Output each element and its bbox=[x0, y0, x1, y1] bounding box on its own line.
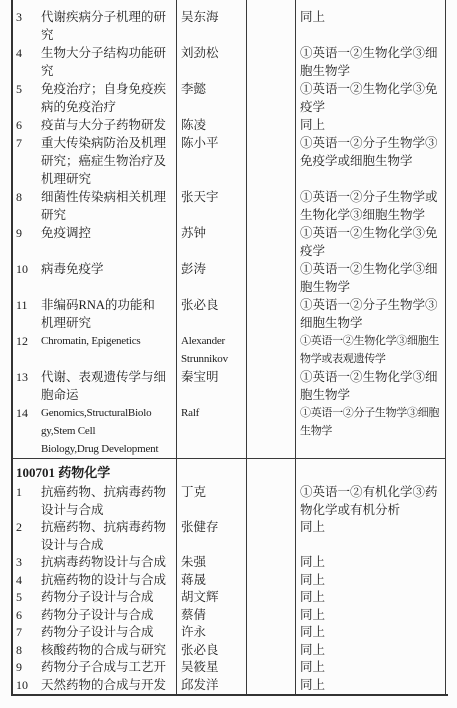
section-header-row: 100701 药物化学 bbox=[13, 458, 448, 484]
empty-cell bbox=[247, 44, 296, 80]
empty-cell bbox=[247, 404, 296, 458]
direction-cell: 4抗癌药物的设计与合成 bbox=[13, 572, 177, 590]
research-direction: 抗癌药物的设计与合成 bbox=[41, 572, 176, 590]
research-direction: Genomics,StructuralBiolo gy,Stem Cell Bi… bbox=[41, 404, 176, 458]
research-direction: 药物分子设计与合成 bbox=[41, 589, 176, 607]
empty-cell bbox=[247, 624, 296, 642]
exam-subjects: 同上 bbox=[300, 659, 445, 677]
empty-cell bbox=[247, 607, 296, 625]
supervisor-cell: 胡文辉 bbox=[177, 589, 247, 607]
supervisor-cell: 许永 bbox=[177, 624, 247, 642]
direction-cell: 10病毒免疫学 bbox=[13, 260, 177, 296]
supervisor-name: 李懿 bbox=[181, 80, 246, 98]
research-direction: 天然药物的合成与开发 bbox=[41, 677, 176, 695]
empty-cell bbox=[247, 519, 296, 554]
table-row: 9免疫调控苏钟①英语一②生物化学③免 疫学 bbox=[13, 224, 448, 260]
supervisor-cell: 蔡倩 bbox=[177, 607, 247, 625]
direction-cell: 13代谢、表观遗传学与细 胞命运 bbox=[13, 368, 177, 404]
exam-subjects-cell: 同上 bbox=[296, 624, 446, 642]
direction-cell: 14Genomics,StructuralBiolo gy,Stem Cell … bbox=[13, 404, 177, 458]
supervisor-name: 苏钟 bbox=[181, 224, 246, 242]
row-number: 14 bbox=[13, 404, 41, 458]
exam-subjects-cell: ①英语一②生物化学③免 疫学 bbox=[296, 80, 446, 116]
row-number: 3 bbox=[13, 554, 41, 572]
exam-subjects: 同上 bbox=[300, 8, 445, 26]
exam-subjects: 同上 bbox=[300, 589, 445, 607]
table-row: 8细菌性传染病相关机理 研究张天宇①英语一②分子生物学或 生物化学③细胞生物学 bbox=[13, 188, 448, 224]
supervisor-name: 刘劲松 bbox=[181, 44, 246, 62]
empty-cell bbox=[247, 80, 296, 116]
research-direction: 非编码RNA的功能和 机理研究 bbox=[41, 296, 176, 332]
research-direction: 免疫调控 bbox=[41, 224, 176, 260]
exam-subjects: ①英语一②生物化学③细胞生 物学或表观遗传学 bbox=[300, 332, 445, 368]
row-number: 7 bbox=[13, 624, 41, 642]
empty-cell bbox=[247, 134, 296, 188]
supervisor-name: 丁克 bbox=[181, 484, 246, 502]
supervisor-name: 朱强 bbox=[181, 554, 246, 572]
admissions-catalog-table: 3代谢疾病分子机理的研 究吴东海同上4生物大分子结构功能研 究刘劲松①英语一②生… bbox=[11, 0, 448, 696]
row-number: 9 bbox=[13, 224, 41, 260]
exam-subjects-cell: 同上 bbox=[296, 607, 446, 625]
supervisor-cell: 陈小平 bbox=[177, 134, 247, 188]
supervisor-cell: 蒋晟 bbox=[177, 572, 247, 590]
table-row: 7药物分子设计与合成许永同上 bbox=[13, 624, 448, 642]
supervisor-cell: 张必良 bbox=[177, 642, 247, 660]
row-number: 13 bbox=[13, 368, 41, 404]
exam-subjects: ①英语一②生物化学③免 疫学 bbox=[300, 80, 445, 116]
table-row: 14Genomics,StructuralBiolo gy,Stem Cell … bbox=[13, 404, 448, 458]
exam-subjects-cell: 同上 bbox=[296, 116, 446, 134]
research-direction: 抗病毒药物设计与合成 bbox=[41, 554, 176, 572]
exam-subjects-cell: 同上 bbox=[296, 642, 446, 660]
exam-subjects-cell: ①英语一②有机化学③药 物化学或有机分析 bbox=[296, 484, 446, 519]
research-direction: 细菌性传染病相关机理 研究 bbox=[41, 188, 176, 224]
row-number: 4 bbox=[13, 572, 41, 590]
exam-subjects-cell: ①英语一②分子生物学③ 免疫学或细胞生物学 bbox=[296, 134, 446, 188]
row-number: 7 bbox=[13, 134, 41, 188]
research-direction: 核酸药物的合成与研究 bbox=[41, 642, 176, 660]
supervisor-cell: 张健存 bbox=[177, 519, 247, 554]
row-number: 8 bbox=[13, 188, 41, 224]
empty-cell bbox=[247, 296, 296, 332]
empty-cell bbox=[247, 589, 296, 607]
document-page: 3代谢疾病分子机理的研 究吴东海同上4生物大分子结构功能研 究刘劲松①英语一②生… bbox=[0, 0, 457, 708]
exam-subjects-cell: ①英语一②分子生物学③ 细胞生物学 bbox=[296, 296, 446, 332]
exam-subjects: ①英语一②分子生物学③ 细胞生物学 bbox=[300, 296, 445, 332]
direction-cell: 7重大传染病防治及机理 研究；癌症生物治疗及 机理研究 bbox=[13, 134, 177, 188]
table-row: 13代谢、表观遗传学与细 胞命运秦宝明①英语一②生物化学③细 胞生物学 bbox=[13, 368, 448, 404]
empty-cell bbox=[247, 368, 296, 404]
supervisor-name: 张必良 bbox=[181, 642, 246, 660]
research-direction: 药物分子设计与合成 bbox=[41, 624, 176, 642]
supervisor-name: 胡文辉 bbox=[181, 589, 246, 607]
direction-cell: 2抗癌药物、抗病毒药物 设计与合成 bbox=[13, 519, 177, 554]
supervisor-cell: 丁克 bbox=[177, 484, 247, 519]
exam-subjects-cell: ①英语一②生物化学③细 胞生物学 bbox=[296, 44, 446, 80]
supervisor-cell: 李懿 bbox=[177, 80, 247, 116]
direction-cell: 1抗癌药物、抗病毒药物 设计与合成 bbox=[13, 484, 177, 519]
direction-cell: 6疫苗与大分子药物研发 bbox=[13, 116, 177, 134]
supervisor-cell: 张必良 bbox=[177, 296, 247, 332]
exam-subjects-cell: ①英语一②生物化学③免 疫学 bbox=[296, 224, 446, 260]
research-direction: 病毒免疫学 bbox=[41, 260, 176, 296]
exam-subjects-cell: ①英语一②生物化学③细 胞生物学 bbox=[296, 368, 446, 404]
table-row: 4生物大分子结构功能研 究刘劲松①英语一②生物化学③细 胞生物学 bbox=[13, 44, 448, 80]
direction-cell: 11非编码RNA的功能和 机理研究 bbox=[13, 296, 177, 332]
research-direction: Chromatin, Epigenetics bbox=[41, 332, 176, 368]
empty-cell bbox=[247, 0, 296, 44]
empty-cell bbox=[247, 484, 296, 519]
supervisor-name: 彭涛 bbox=[181, 260, 246, 278]
empty-cell bbox=[247, 224, 296, 260]
supervisor-cell: 彭涛 bbox=[177, 260, 247, 296]
direction-cell: 3代谢疾病分子机理的研 究 bbox=[13, 0, 177, 44]
table-row: 5免疫治疗；自身免疫疾 病的免疫治疗李懿①英语一②生物化学③免 疫学 bbox=[13, 80, 448, 116]
table-row: 3代谢疾病分子机理的研 究吴东海同上 bbox=[13, 0, 448, 44]
exam-subjects-cell: 同上 bbox=[296, 572, 446, 590]
exam-subjects: ①英语一②有机化学③药 物化学或有机分析 bbox=[300, 484, 445, 519]
row-number: 1 bbox=[13, 484, 41, 519]
table-row: 3抗病毒药物设计与合成朱强同上 bbox=[13, 554, 448, 572]
row-number: 11 bbox=[13, 296, 41, 332]
direction-cell: 8核酸药物的合成与研究 bbox=[13, 642, 177, 660]
supervisor-name: 秦宝明 bbox=[181, 368, 246, 386]
supervisor-cell: 刘劲松 bbox=[177, 44, 247, 80]
exam-subjects: 同上 bbox=[300, 677, 445, 695]
exam-subjects-cell: 同上 bbox=[296, 519, 446, 554]
empty-cell bbox=[247, 332, 296, 368]
supervisor-name: 吴筱星 bbox=[181, 659, 246, 677]
research-direction: 抗癌药物、抗病毒药物 设计与合成 bbox=[41, 484, 176, 519]
row-number: 8 bbox=[13, 642, 41, 660]
exam-subjects: ①英语一②分子生物学或 生物化学③细胞生物学 bbox=[300, 188, 445, 224]
row-number: 5 bbox=[13, 80, 41, 116]
direction-cell: 4生物大分子结构功能研 究 bbox=[13, 44, 177, 80]
supervisor-name: 张健存 bbox=[181, 519, 246, 537]
direction-cell: 5药物分子设计与合成 bbox=[13, 589, 177, 607]
supervisor-name: 张天宇 bbox=[181, 188, 246, 206]
supervisor-name: Ralf bbox=[181, 404, 246, 422]
supervisor-name: 张必良 bbox=[181, 296, 246, 314]
empty-cell bbox=[296, 458, 446, 484]
supervisor-cell: 吴筱星 bbox=[177, 659, 247, 677]
supervisor-name: 邱发洋 bbox=[181, 677, 246, 695]
empty-cell bbox=[247, 642, 296, 660]
empty-cell bbox=[247, 116, 296, 134]
exam-subjects: ①英语一②生物化学③细 胞生物学 bbox=[300, 260, 445, 296]
table-row: 4抗癌药物的设计与合成蒋晟同上 bbox=[13, 572, 448, 590]
supervisor-name: 陈小平 bbox=[181, 134, 246, 152]
supervisor-cell: Ralf bbox=[177, 404, 247, 458]
exam-subjects-cell: 同上 bbox=[296, 0, 446, 44]
direction-cell: 3抗病毒药物设计与合成 bbox=[13, 554, 177, 572]
empty-cell bbox=[247, 572, 296, 590]
table-body: 3代谢疾病分子机理的研 究吴东海同上4生物大分子结构功能研 究刘劲松①英语一②生… bbox=[13, 0, 448, 694]
research-direction: 免疫治疗；自身免疫疾 病的免疫治疗 bbox=[41, 80, 176, 116]
empty-cell bbox=[247, 659, 296, 677]
table-row: 8核酸药物的合成与研究张必良同上 bbox=[13, 642, 448, 660]
row-number: 2 bbox=[13, 519, 41, 554]
section-header-cell: 100701 药物化学 bbox=[13, 458, 177, 484]
supervisor-cell: Alexander Strunnikov bbox=[177, 332, 247, 368]
direction-cell: 12Chromatin, Epigenetics bbox=[13, 332, 177, 368]
supervisor-cell: 秦宝明 bbox=[177, 368, 247, 404]
direction-cell: 10天然药物的合成与开发 bbox=[13, 677, 177, 695]
row-number: 5 bbox=[13, 589, 41, 607]
exam-subjects-cell: ①英语一②分子生物学或 生物化学③细胞生物学 bbox=[296, 188, 446, 224]
supervisor-cell: 苏钟 bbox=[177, 224, 247, 260]
research-direction: 重大传染病防治及机理 研究；癌症生物治疗及 机理研究 bbox=[41, 134, 176, 188]
empty-cell bbox=[247, 677, 296, 695]
table-row: 5药物分子设计与合成胡文辉同上 bbox=[13, 589, 448, 607]
row-number: 6 bbox=[13, 116, 41, 134]
empty-cell bbox=[247, 458, 296, 484]
direction-cell: 9药物分子合成与工艺开发 bbox=[13, 659, 177, 677]
supervisor-name: Alexander Strunnikov bbox=[181, 332, 246, 368]
table-row: 2抗癌药物、抗病毒药物 设计与合成张健存同上 bbox=[13, 519, 448, 554]
table-row: 6药物分子设计与合成蔡倩同上 bbox=[13, 607, 448, 625]
exam-subjects: ①英语一②生物化学③免 疫学 bbox=[300, 224, 445, 260]
direction-cell: 6药物分子设计与合成 bbox=[13, 607, 177, 625]
research-direction: 药物分子设计与合成 bbox=[41, 607, 176, 625]
table-row: 7重大传染病防治及机理 研究；癌症生物治疗及 机理研究陈小平①英语一②分子生物学… bbox=[13, 134, 448, 188]
row-number: 3 bbox=[13, 8, 41, 44]
exam-subjects: 同上 bbox=[300, 642, 445, 660]
research-direction: 生物大分子结构功能研 究 bbox=[41, 44, 176, 80]
exam-subjects-cell: 同上 bbox=[296, 589, 446, 607]
exam-subjects: ①英语一②生物化学③细 胞生物学 bbox=[300, 368, 445, 404]
supervisor-cell: 吴东海 bbox=[177, 0, 247, 44]
section-header: 100701 药物化学 bbox=[16, 465, 110, 480]
exam-subjects: 同上 bbox=[300, 607, 445, 625]
supervisor-cell: 邱发洋 bbox=[177, 677, 247, 695]
supervisor-name: 吴东海 bbox=[181, 8, 246, 26]
supervisor-cell: 朱强 bbox=[177, 554, 247, 572]
exam-subjects-cell: 同上 bbox=[296, 659, 446, 677]
exam-subjects: 同上 bbox=[300, 519, 445, 537]
supervisor-name: 蔡倩 bbox=[181, 607, 246, 625]
row-number: 10 bbox=[13, 260, 41, 296]
research-direction: 疫苗与大分子药物研发 bbox=[41, 116, 176, 134]
exam-subjects: 同上 bbox=[300, 116, 445, 134]
exam-subjects: ①英语一②分子生物学③细胞 生物学 bbox=[300, 404, 445, 440]
research-direction: 代谢疾病分子机理的研 究 bbox=[41, 8, 176, 44]
row-number: 4 bbox=[13, 44, 41, 80]
empty-cell bbox=[177, 458, 247, 484]
research-direction: 药物分子合成与工艺开发 bbox=[41, 659, 176, 677]
table-row: 1抗癌药物、抗病毒药物 设计与合成丁克①英语一②有机化学③药 物化学或有机分析 bbox=[13, 484, 448, 519]
table-row: 10天然药物的合成与开发邱发洋同上 bbox=[13, 677, 448, 695]
supervisor-cell: 陈凌 bbox=[177, 116, 247, 134]
table-row: 11非编码RNA的功能和 机理研究张必良①英语一②分子生物学③ 细胞生物学 bbox=[13, 296, 448, 332]
exam-subjects: 同上 bbox=[300, 572, 445, 590]
table-row: 6疫苗与大分子药物研发陈凌同上 bbox=[13, 116, 448, 134]
supervisor-name: 陈凌 bbox=[181, 116, 246, 134]
empty-cell bbox=[247, 188, 296, 224]
empty-cell bbox=[247, 554, 296, 572]
exam-subjects-cell: 同上 bbox=[296, 677, 446, 695]
table-row: 12Chromatin, EpigeneticsAlexander Strunn… bbox=[13, 332, 448, 368]
research-direction: 代谢、表观遗传学与细 胞命运 bbox=[41, 368, 176, 404]
table-row: 9药物分子合成与工艺开发吴筱星同上 bbox=[13, 659, 448, 677]
exam-subjects: ①英语一②分子生物学③ 免疫学或细胞生物学 bbox=[300, 134, 445, 170]
direction-cell: 8细菌性传染病相关机理 研究 bbox=[13, 188, 177, 224]
exam-subjects: 同上 bbox=[300, 554, 445, 572]
supervisor-name: 许永 bbox=[181, 624, 246, 642]
row-number: 12 bbox=[13, 332, 41, 368]
direction-cell: 5免疫治疗；自身免疫疾 病的免疫治疗 bbox=[13, 80, 177, 116]
empty-cell bbox=[247, 260, 296, 296]
table-row: 10病毒免疫学彭涛①英语一②生物化学③细 胞生物学 bbox=[13, 260, 448, 296]
supervisor-cell: 张天宇 bbox=[177, 188, 247, 224]
row-number: 9 bbox=[13, 659, 41, 677]
exam-subjects-cell: ①英语一②生物化学③细 胞生物学 bbox=[296, 260, 446, 296]
research-direction: 抗癌药物、抗病毒药物 设计与合成 bbox=[41, 519, 176, 554]
direction-cell: 9免疫调控 bbox=[13, 224, 177, 260]
exam-subjects-cell: 同上 bbox=[296, 554, 446, 572]
exam-subjects: ①英语一②生物化学③细 胞生物学 bbox=[300, 44, 445, 80]
row-number: 6 bbox=[13, 607, 41, 625]
row-number: 10 bbox=[13, 677, 41, 695]
exam-subjects: 同上 bbox=[300, 624, 445, 642]
supervisor-name: 蒋晟 bbox=[181, 572, 246, 590]
exam-subjects-cell: ①英语一②分子生物学③细胞 生物学 bbox=[296, 404, 446, 458]
direction-cell: 7药物分子设计与合成 bbox=[13, 624, 177, 642]
exam-subjects-cell: ①英语一②生物化学③细胞生 物学或表观遗传学 bbox=[296, 332, 446, 368]
